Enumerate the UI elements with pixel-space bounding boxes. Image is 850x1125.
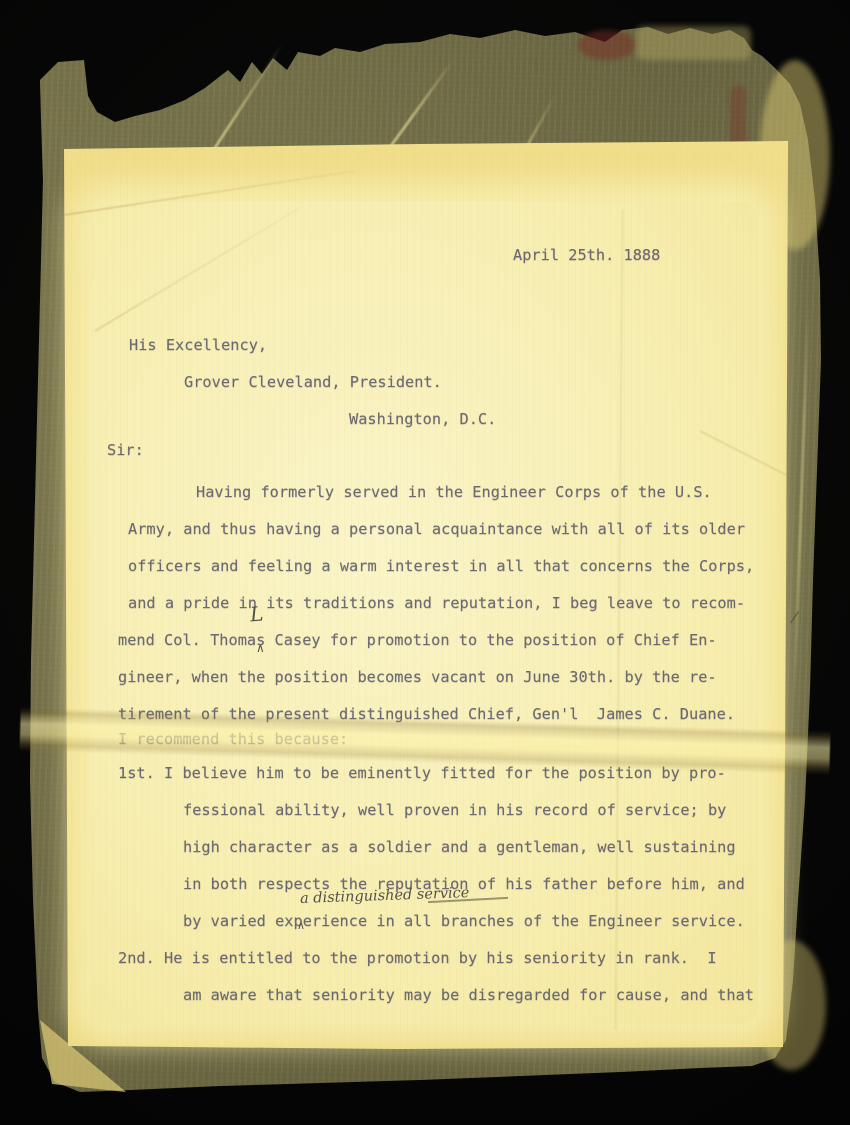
list-item-line: am aware that seniority may be disregard… <box>183 987 754 1004</box>
top-flap-highlight <box>636 26 751 60</box>
list-item-line: 2nd. He is entitled to the promotion by … <box>118 950 717 967</box>
body-line: Army, and thus having a personal acquain… <box>128 521 745 538</box>
insertion-caret-mark: ∧ <box>256 641 265 655</box>
salutation-line: Sir: <box>107 442 144 459</box>
body-line: Having formerly served in the Engineer C… <box>196 484 712 501</box>
scanned-letter-photo: April 25th. 1888 His Excellency, Grover … <box>0 0 850 1125</box>
list-item-line: high character as a soldier and a gentle… <box>183 839 736 856</box>
red-stain <box>578 30 636 60</box>
list-item-line: by varied experience in all branches of … <box>183 913 745 930</box>
phrase-caret-mark: ∧ <box>297 919 305 932</box>
list-item-line: fessional ability, well proven in his re… <box>183 802 726 819</box>
body-line: and a pride in its traditions and reputa… <box>128 595 745 612</box>
address-line: Grover Cleveland, President. <box>184 374 442 391</box>
body-line: officers and feeling a warm interest in … <box>128 558 754 575</box>
address-line: His Excellency, <box>129 337 267 354</box>
body-line: gineer, when the position becomes vacant… <box>118 669 717 686</box>
body-line: mend Col. Thomas Casey for promotion to … <box>118 632 717 649</box>
address-line: Washington, D.C. <box>349 411 496 428</box>
inserted-initial-annotation: L <box>249 601 264 626</box>
date-line: April 25th. 1888 <box>513 247 660 264</box>
